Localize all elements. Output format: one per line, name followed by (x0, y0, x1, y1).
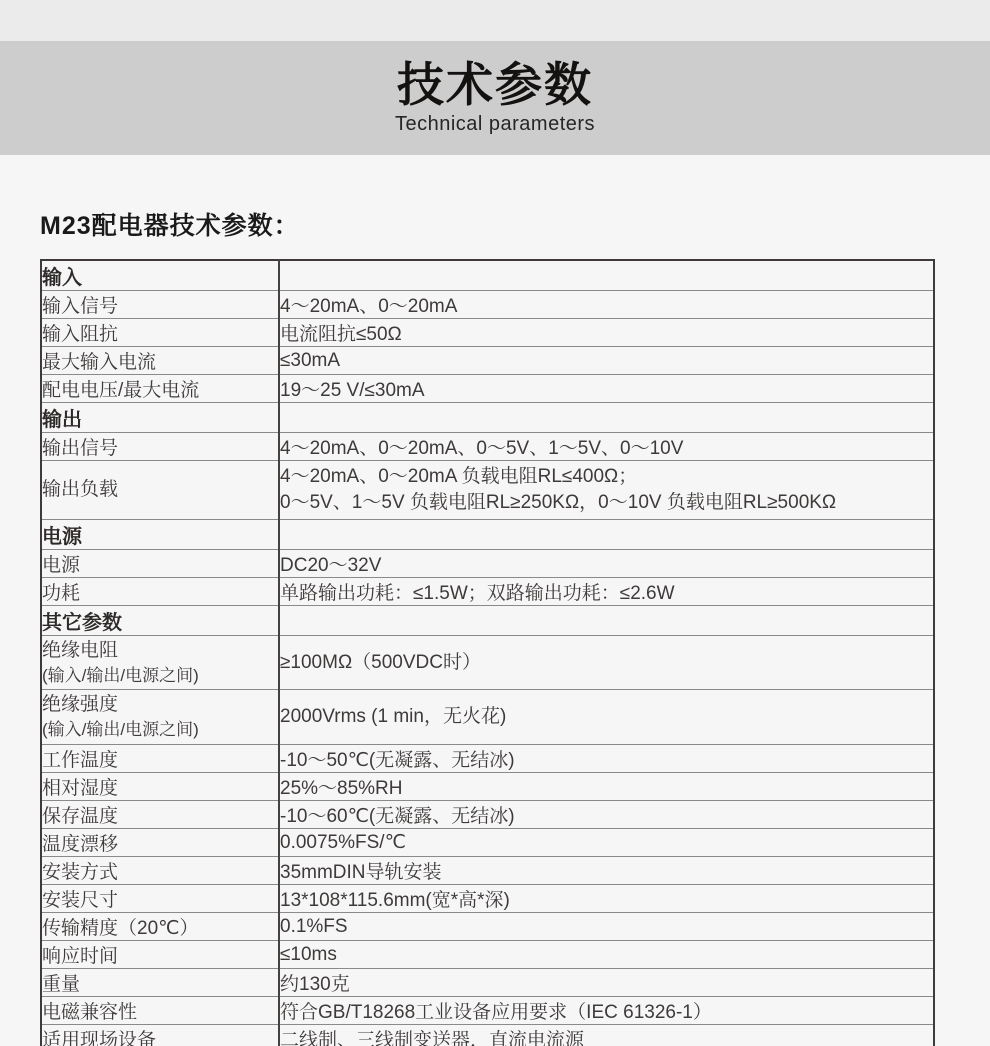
top-spacer-bar (0, 0, 990, 41)
param-value: ≤30mA (279, 347, 934, 375)
section-empty-cell (279, 520, 934, 550)
table-section-row: 输出 (41, 403, 934, 433)
table-row: 电源 DC20～32V (41, 550, 934, 578)
param-label: 相对湿度 (41, 773, 279, 801)
table-row: 安装方式 35mmDIN导轨安装 (41, 857, 934, 885)
param-value: 单路输出功耗：≤1.5W；双路输出功耗：≤2.6W (279, 578, 934, 606)
param-value: 符合GB/T18268工业设备应用要求（IEC 61326-1） (279, 997, 934, 1025)
param-value: 0.1%FS (279, 913, 934, 941)
param-value: 4～20mA、0～20mA 负载电阻RL≤400Ω； 0～5V、1～5V 负载电… (279, 461, 934, 520)
param-value: 二线制、三线制变送器，直流电流源 (279, 1025, 934, 1046)
table-row: 绝缘电阻 (输入/输出/电源之间) ≥100MΩ（500VDC时） (41, 636, 934, 690)
spec-section-heading: M23配电器技术参数： (40, 206, 935, 242)
table-section-row: 其它参数 (41, 606, 934, 636)
param-value: 约130克 (279, 969, 934, 997)
table-row: 输出负载 4～20mA、0～20mA 负载电阻RL≤400Ω； 0～5V、1～5… (41, 461, 934, 520)
param-label: 配电电压/最大电流 (41, 375, 279, 403)
param-label: 绝缘电阻 (输入/输出/电源之间) (41, 636, 279, 690)
table-row: 配电电压/最大电流 19～25 V/≤30mA (41, 375, 934, 403)
page-title: 技术参数 (397, 60, 593, 109)
param-label: 传输精度（20℃） (41, 913, 279, 941)
table-row: 输入信号 4～20mA、0～20mA (41, 291, 934, 319)
param-label: 输出信号 (41, 433, 279, 461)
section-empty-cell (279, 260, 934, 291)
param-label: 输入信号 (41, 291, 279, 319)
table-section-row: 电源 (41, 520, 934, 550)
table-row: 输出信号 4～20mA、0～20mA、0～5V、1～5V、0～10V (41, 433, 934, 461)
param-label: 电源 (41, 550, 279, 578)
table-section-row: 输入 (41, 260, 934, 291)
table-row: 电磁兼容性 符合GB/T18268工业设备应用要求（IEC 61326-1） (41, 997, 934, 1025)
table-row: 重量 约130克 (41, 969, 934, 997)
param-label: 安装方式 (41, 857, 279, 885)
table-row: 保存温度 -10～60℃(无凝露、无结冰) (41, 801, 934, 829)
param-label: 最大输入电流 (41, 347, 279, 375)
spec-table: 输入 输入信号 4～20mA、0～20mA 输入阻抗 电流阻抗≤50Ω 最大输入… (40, 259, 935, 1046)
section-label: 其它参数 (41, 606, 279, 636)
param-label: 适用现场设备 (41, 1025, 279, 1046)
param-value: 4～20mA、0～20mA (279, 291, 934, 319)
section-label: 电源 (41, 520, 279, 550)
param-label: 响应时间 (41, 941, 279, 969)
table-row: 输入阻抗 电流阻抗≤50Ω (41, 319, 934, 347)
table-row: 响应时间 ≤10ms (41, 941, 934, 969)
param-value: ≥100MΩ（500VDC时） (279, 636, 934, 690)
table-row: 安装尺寸 13*108*115.6mm(宽*高*深) (41, 885, 934, 913)
param-label: 重量 (41, 969, 279, 997)
param-value: 35mmDIN导轨安装 (279, 857, 934, 885)
content-area: M23配电器技术参数： 输入 输入信号 4～20mA、0～20mA 输入阻抗 电… (0, 206, 990, 1046)
param-value: 4～20mA、0～20mA、0～5V、1～5V、0～10V (279, 433, 934, 461)
table-row: 绝缘强度 (输入/输出/电源之间) 2000Vrms (1 min，无火花) (41, 690, 934, 745)
table-row: 功耗 单路输出功耗：≤1.5W；双路输出功耗：≤2.6W (41, 578, 934, 606)
param-label: 电磁兼容性 (41, 997, 279, 1025)
param-value: 0.0075%FS/℃ (279, 829, 934, 857)
section-label: 输出 (41, 403, 279, 433)
param-label: 工作温度 (41, 745, 279, 773)
param-label: 安装尺寸 (41, 885, 279, 913)
param-label: 功耗 (41, 578, 279, 606)
page-subtitle: Technical parameters (395, 113, 595, 136)
param-label: 保存温度 (41, 801, 279, 829)
section-empty-cell (279, 606, 934, 636)
title-banner: 技术参数 Technical parameters (0, 41, 990, 155)
param-value: 2000Vrms (1 min，无火花) (279, 690, 934, 745)
table-row: 温度漂移 0.0075%FS/℃ (41, 829, 934, 857)
param-value: -10～60℃(无凝露、无结冰) (279, 801, 934, 829)
table-row: 适用现场设备 二线制、三线制变送器，直流电流源 (41, 1025, 934, 1046)
param-value: 13*108*115.6mm(宽*高*深) (279, 885, 934, 913)
param-value: 25%～85%RH (279, 773, 934, 801)
param-value: -10～50℃(无凝露、无结冰) (279, 745, 934, 773)
param-value: 19～25 V/≤30mA (279, 375, 934, 403)
table-row: 相对湿度 25%～85%RH (41, 773, 934, 801)
param-value: ≤10ms (279, 941, 934, 969)
param-label: 输出负载 (41, 461, 279, 520)
param-label: 绝缘强度 (输入/输出/电源之间) (41, 690, 279, 745)
section-label: 输入 (41, 260, 279, 291)
table-row: 传输精度（20℃） 0.1%FS (41, 913, 934, 941)
param-label: 输入阻抗 (41, 319, 279, 347)
param-value: DC20～32V (279, 550, 934, 578)
param-value: 电流阻抗≤50Ω (279, 319, 934, 347)
param-label: 温度漂移 (41, 829, 279, 857)
table-row: 工作温度 -10～50℃(无凝露、无结冰) (41, 745, 934, 773)
section-empty-cell (279, 403, 934, 433)
table-row: 最大输入电流 ≤30mA (41, 347, 934, 375)
